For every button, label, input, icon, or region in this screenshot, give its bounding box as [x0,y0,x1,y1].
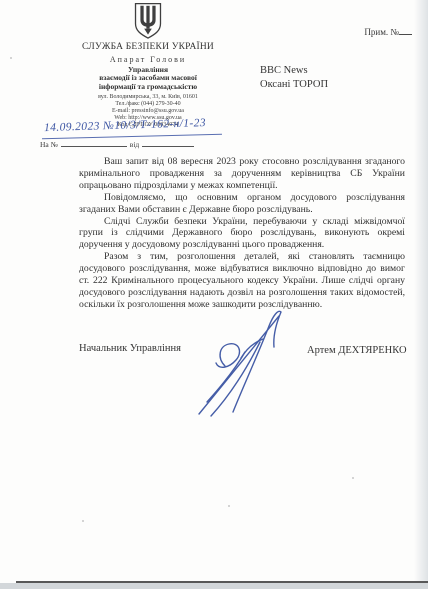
scan-speck [82,520,84,522]
copy-number-note: Прим. № [364,26,412,37]
scan-speck [228,505,230,507]
scan-speck [10,57,12,59]
body-paragraph-1: Ваш запит від 08 вересня 2023 року стосо… [79,156,405,192]
scan-speck [352,477,354,479]
body-paragraph-3: Слідчі Служби безпеки України, перебуваю… [79,216,405,252]
body-paragraph-2: Повідомляємо, що основним органом досудо… [79,192,405,216]
on-number-blank [61,139,127,147]
from-date-blank [142,139,194,147]
letter-body: Ваш запит від 08 вересня 2023 року стосо… [79,156,405,311]
position-title: Начальник Управління [79,343,181,354]
org-name: СЛУЖБА БЕЗПЕКИ УКРАЇНИ [58,42,238,52]
recipient-block: BBC News Оксані ТОРОП [260,64,328,92]
recipient-person: Оксані ТОРОП [260,78,328,92]
from-label: від [130,140,139,149]
copy-number-label: Прим. № [364,27,399,37]
signer-name: Артем ДЕХТЯРЕНКО [307,345,407,356]
recipient-org: BBC News [260,64,328,78]
copy-number-blank [399,26,412,35]
phone-line: Тел./факс (044) 279-30-40 [58,101,238,108]
incoming-ref-line: На №від [40,139,194,149]
scan-bottom-strip [0,583,428,589]
scan-right-edge [414,0,428,582]
emblem-wrap [58,2,238,40]
department-name: Апарат Голови [58,55,238,64]
letter-page: Прим. № СЛУЖБА БЕЗПЕКИ УКРАЇНИ Апарат Го… [0,0,428,589]
signature-ink [181,302,293,420]
email-line: E-mail: pressinfo@ssu.gov.ua [58,108,238,115]
ukraine-trident-icon [133,2,163,40]
unit-name-line-3: інформації та громадськістю [58,83,238,91]
on-number-label: На № [40,140,58,149]
letterhead: СЛУЖБА БЕЗПЕКИ УКРАЇНИ Апарат Голови Упр… [58,2,238,129]
